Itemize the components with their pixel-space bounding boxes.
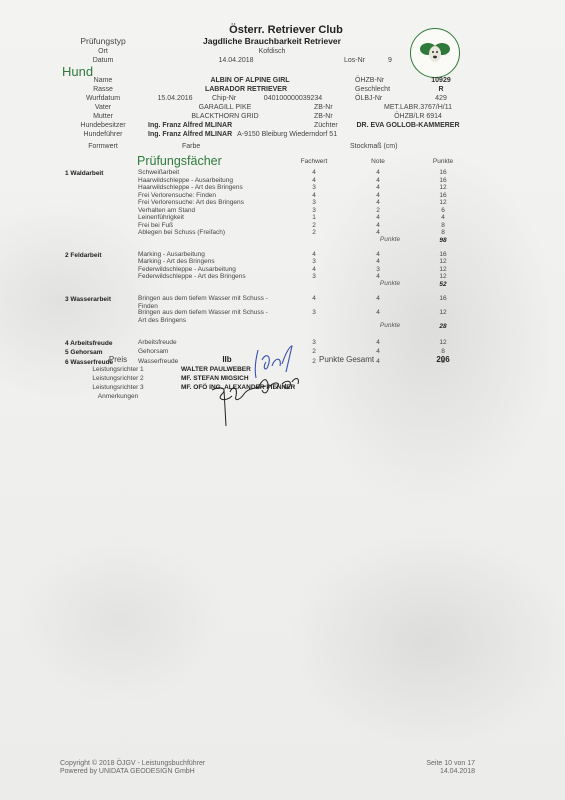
footer-copyright: Copyright © 2018 ÖJGV - Leistungsbuchfüh… <box>60 760 205 768</box>
signature-richter2 <box>258 379 298 393</box>
footer-left: Copyright © 2018 ÖJGV - Leistungsbuchfüh… <box>60 760 205 776</box>
signatures <box>0 0 565 800</box>
footer-page: Seite 10 von 17 <box>426 760 475 768</box>
signature-richter3 <box>212 386 266 426</box>
signature-richter1 <box>255 346 292 378</box>
footer-right: Seite 10 von 17 14.04.2018 <box>426 760 475 776</box>
footer-date: 14.04.2018 <box>426 768 475 776</box>
footer-powered: Powered by UNIDATA GEODESIGN GmbH <box>60 768 205 776</box>
